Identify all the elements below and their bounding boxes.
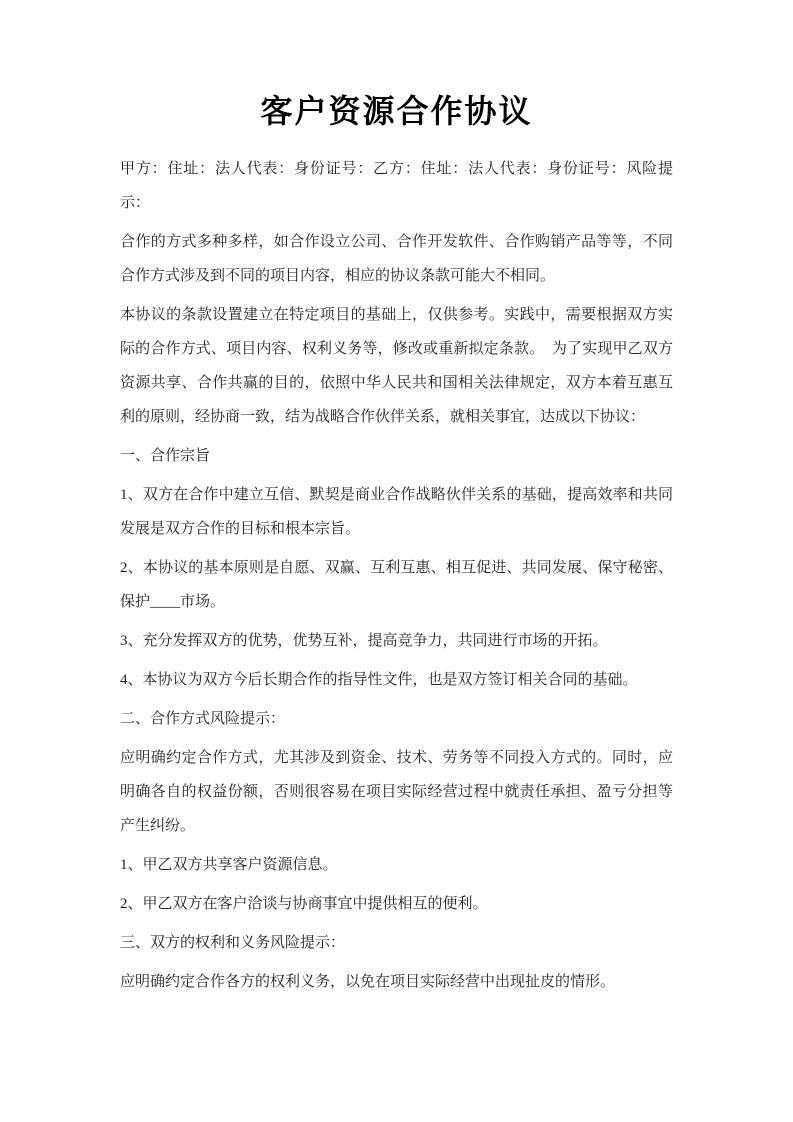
section-heading-3: 三、双方的权利和义务风险提示： [120, 926, 673, 960]
section1-item-3: 3、充分发挥双方的优势，优势互补，提高竞争力，共同进行市场的开拓。 [120, 624, 673, 658]
section2-risk-note: 应明确约定合作方式，尤其涉及到资金、技术、劳务等不同投入方式的。同时，应明确各自… [120, 741, 673, 843]
section1-item-4: 4、本协议为双方今后长期合作的指导性文件，也是双方签订相关合同的基础。 [120, 663, 673, 697]
section3-risk-note: 应明确约定合作各方的权利义务，以免在项目实际经营中出现扯皮的情形。 [120, 965, 673, 999]
section1-item-1: 1、双方在合作中建立互信、默契是商业合作战略伙伴关系的基础，提高效率和共同发展是… [120, 478, 673, 546]
section2-item-2: 2、甲乙双方在客户洽谈与协商事宜中提供相互的便利。 [120, 887, 673, 921]
paragraph-parties: 甲方：住址：法人代表：身份证号：乙方：住址：法人代表：身份证号：风险提示： [120, 152, 673, 220]
section-heading-1: 一、合作宗旨 [120, 439, 673, 473]
section2-item-1: 1、甲乙双方共享客户资源信息。 [120, 848, 673, 882]
document-page: 客户资源合作协议 甲方：住址：法人代表：身份证号：乙方：住址：法人代表：身份证号… [0, 0, 793, 1122]
paragraph-intro-2: 本协议的条款设置建立在特定项目的基础上，仅供参考。实践中，需要根据双方实际的合作… [120, 298, 673, 434]
section1-item-2: 2、本协议的基本原则是自愿、双赢、互利互惠、相互促进、共同发展、保守秘密、保护_… [120, 551, 673, 619]
paragraph-intro-1: 合作的方式多种多样，如合作设立公司、合作开发软件、合作购销产品等等，不同合作方式… [120, 225, 673, 293]
section-heading-2: 二、合作方式风险提示： [120, 702, 673, 736]
document-title: 客户资源合作协议 [120, 90, 673, 133]
